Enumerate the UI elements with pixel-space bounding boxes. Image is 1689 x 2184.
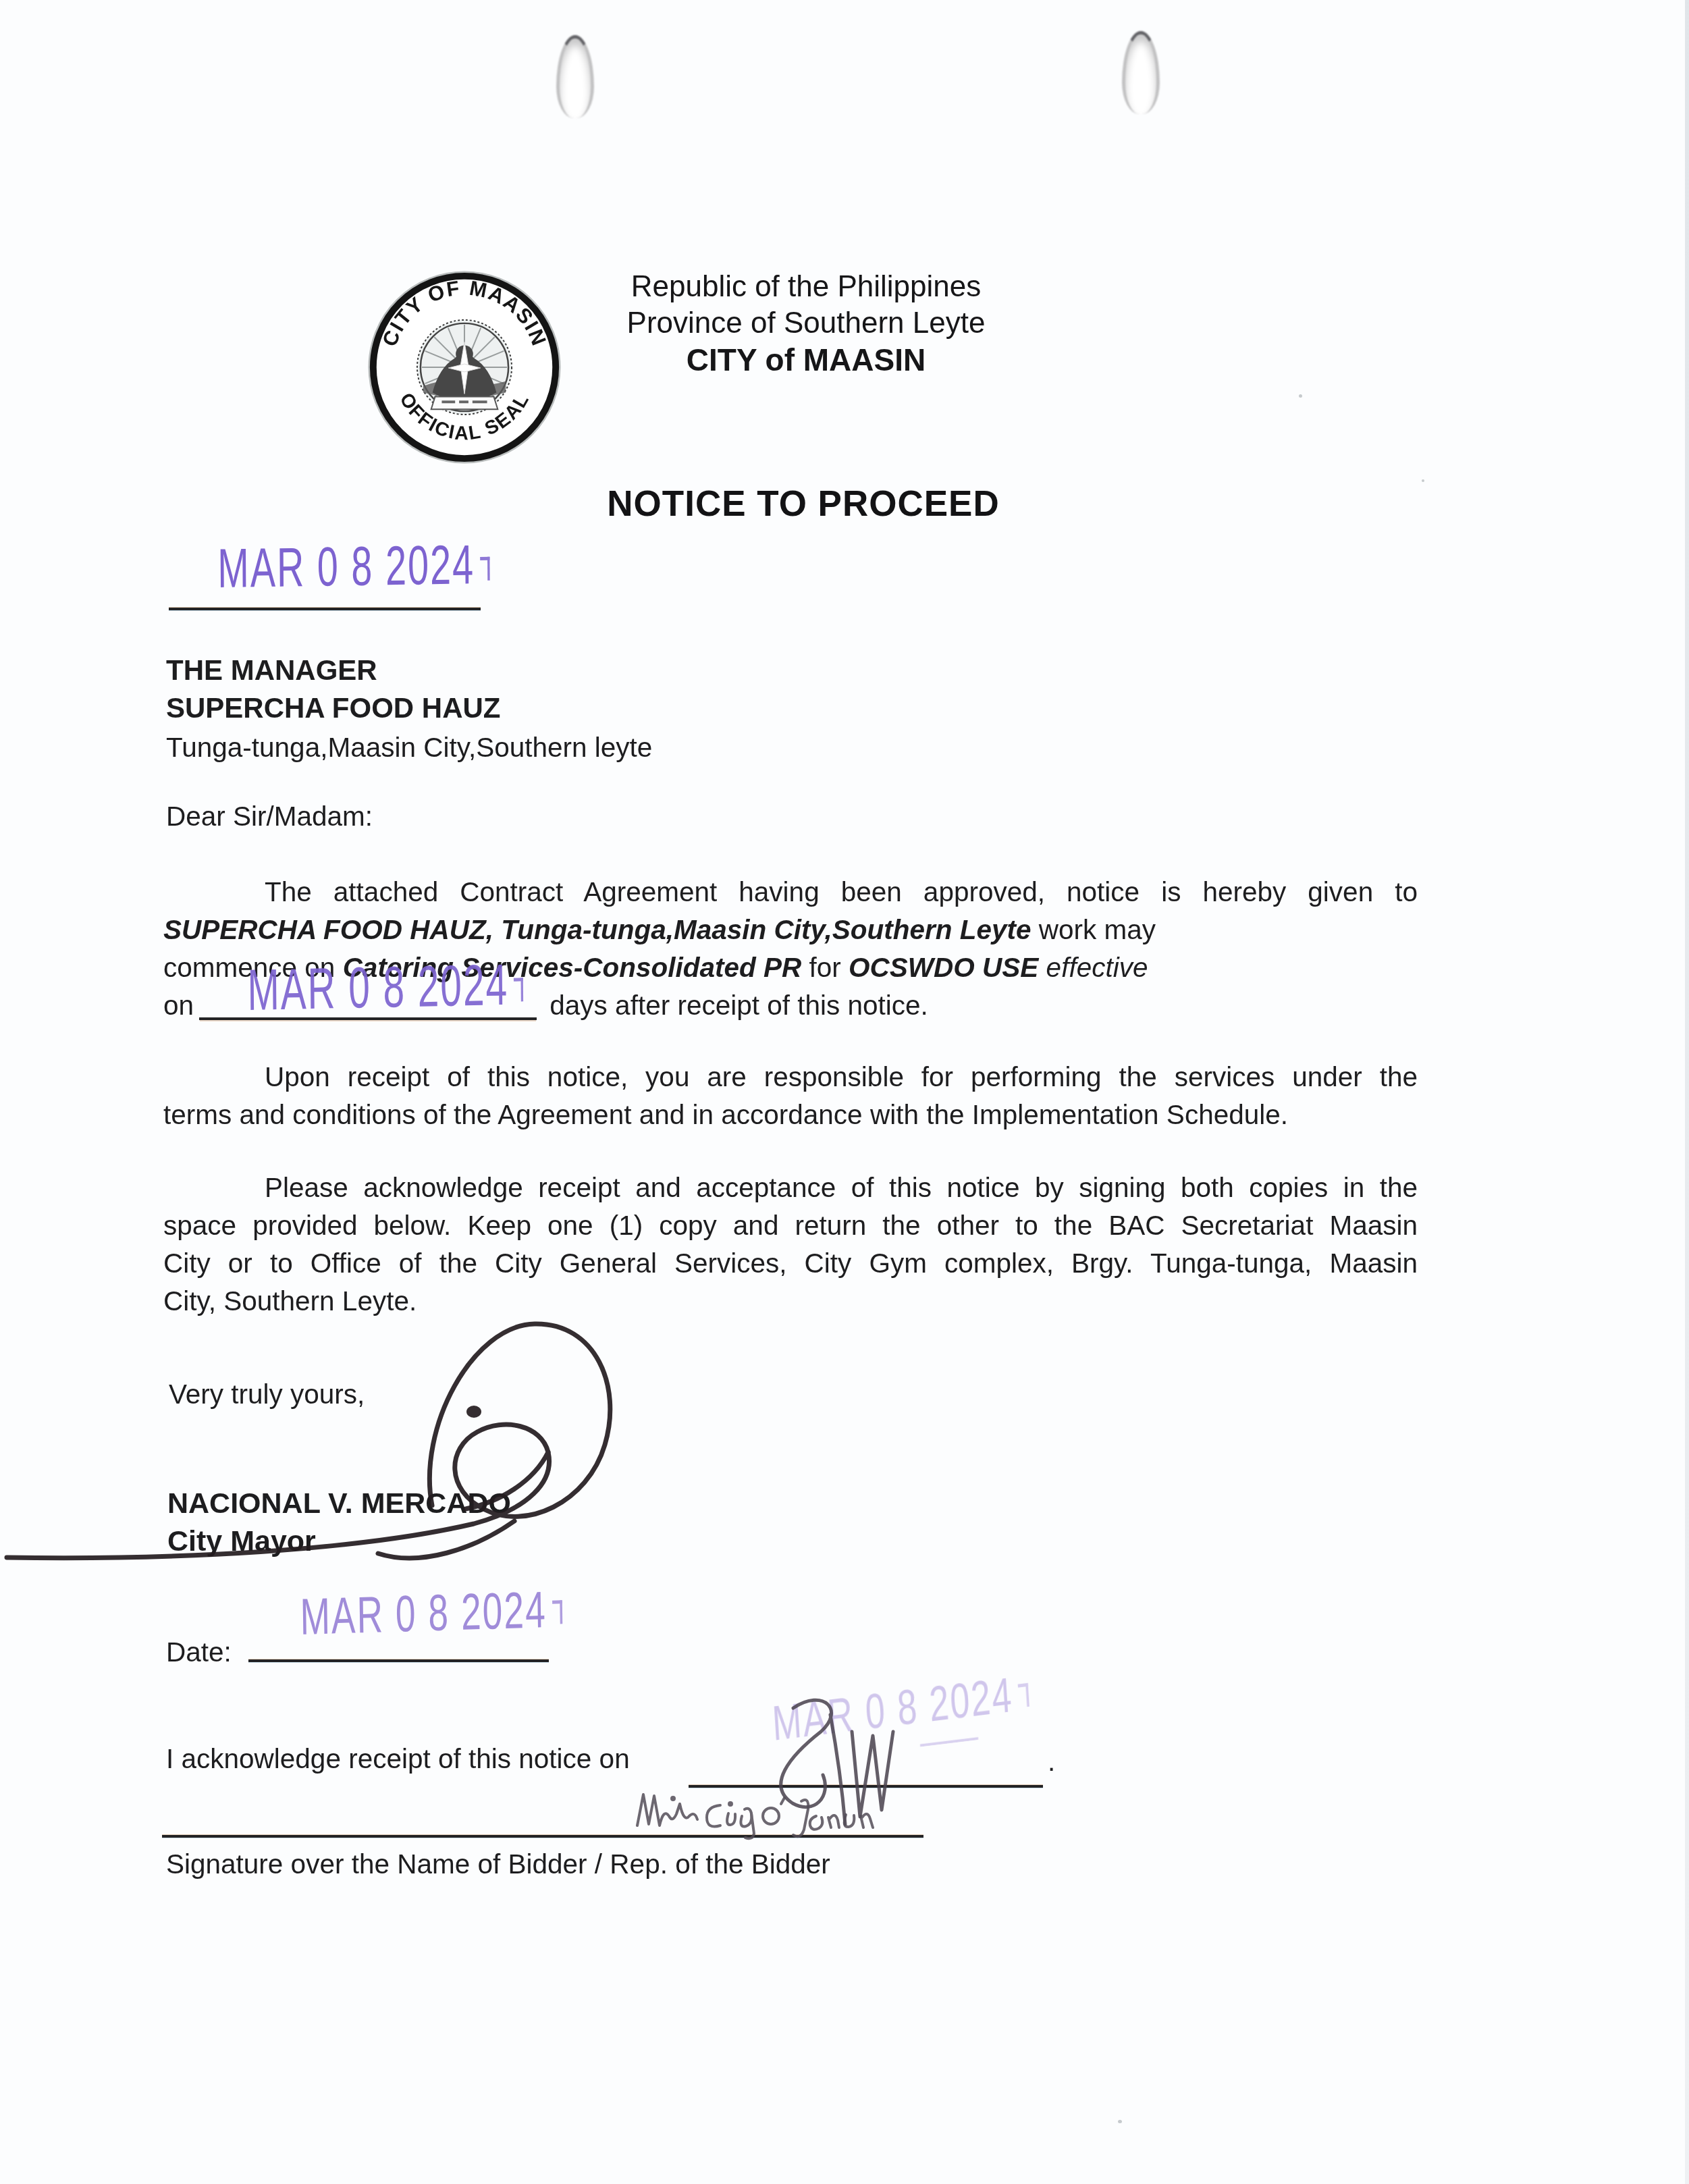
punch-hole-right: [1122, 31, 1160, 114]
stamp-tick-icon: [480, 557, 490, 581]
document-title: NOTICE TO PROCEED: [0, 483, 1607, 525]
bidder-handwritten-name: [632, 1777, 922, 1841]
paragraph1-line2: SUPERCHA FOOD HAUZ, Tunga-tunga,Maasin C…: [163, 913, 1418, 947]
stamp-tick-icon: [514, 978, 523, 1001]
paragraph1-line4-pre: on: [163, 990, 194, 1021]
date-stamp-field: MAR 0 8 2024: [300, 1584, 562, 1643]
supplier-name-bold: SUPERCHA FOOD HAUZ, Tunga-tunga,Maasin C…: [163, 914, 1031, 945]
date-stamp-field-text: MAR 0 8 2024: [300, 1581, 547, 1646]
project-purpose-bold: OCSWDO USE: [849, 952, 1038, 983]
punch-hole-left: [556, 35, 594, 118]
paragraph3-line2: space provided below. Keep one (1) copy …: [163, 1208, 1418, 1242]
date-stamp-top-text: MAR 0 8 2024: [217, 534, 475, 600]
scan-speck: [1422, 479, 1424, 482]
stamp-tick-icon: [552, 1600, 562, 1624]
letterhead-country: Republic of the Philippines: [0, 269, 1612, 305]
seal-ribbon-text-marks: [441, 400, 487, 403]
paragraph2-line2: terms and conditions of the Agreement an…: [163, 1098, 1418, 1131]
scan-speck: [1299, 394, 1302, 398]
date-stamp-inline-text: MAR 0 8 2024: [247, 953, 508, 1023]
mayor-signature: [0, 1306, 648, 1590]
recipient-role: THE MANAGER: [166, 654, 377, 687]
date-underline: [248, 1659, 549, 1662]
date-stamp-inline: MAR 0 8 2024: [247, 955, 523, 1019]
paragraph3-line1: Please acknowledge receipt and acceptanc…: [163, 1171, 1418, 1204]
salutation: Dear Sir/Madam:: [166, 799, 373, 833]
date-stamp-top: MAR 0 8 2024: [217, 537, 490, 597]
letterhead-province: Province of Southern Leyte: [0, 305, 1612, 342]
recipient-company: SUPERCHA FOOD HAUZ: [166, 691, 500, 725]
acknowledgment-period: .: [1048, 1744, 1055, 1778]
paragraph1-line3-mid: for: [801, 952, 849, 983]
date-label: Date:: [166, 1635, 232, 1669]
effective-italic: effective: [1038, 952, 1148, 983]
recipient-address: Tunga-tunga,Maasin City,Southern leyte: [166, 730, 652, 764]
paragraph3-line3: City or to Office of the City General Se…: [163, 1246, 1418, 1280]
letterhead: Republic of the Philippines Province of …: [0, 269, 1612, 378]
letterhead-city: CITY of MAASIN: [0, 342, 1612, 378]
paragraph1-line2-rest: work may: [1031, 914, 1156, 945]
date-stamp-underline: [169, 608, 481, 610]
stamp-tick-icon: [1018, 1683, 1029, 1708]
scan-speck: [1118, 2120, 1122, 2123]
scanned-letter-page: CITY OF MAASIN OFFICIAL SEAL Republic of…: [0, 0, 1689, 2184]
bidder-signature-caption: Signature over the Name of Bidder / Rep.…: [166, 1847, 830, 1881]
paragraph1-line1: The attached Contract Agreement having b…: [163, 875, 1418, 909]
paragraph1-line4-post: days after receipt of this notice.: [542, 990, 928, 1021]
scan-edge-artifact: [1685, 0, 1689, 2184]
acknowledgment-text: I acknowledge receipt of this notice on: [166, 1742, 630, 1776]
paragraph2-line1: Upon receipt of this notice, you are res…: [163, 1060, 1418, 1094]
